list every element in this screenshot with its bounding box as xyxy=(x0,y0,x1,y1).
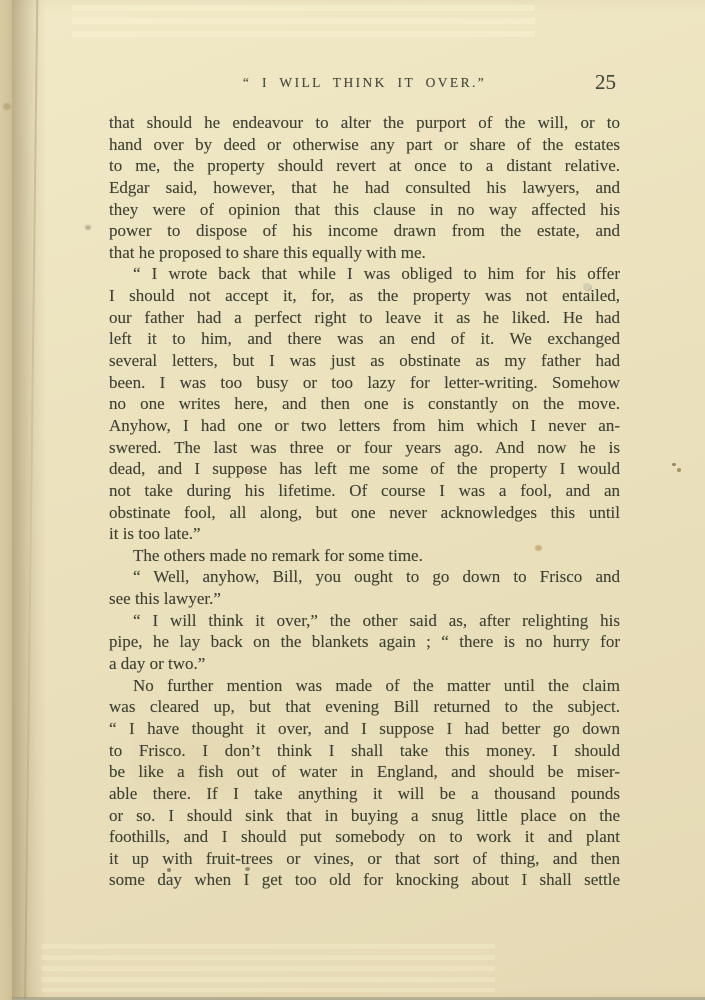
text-line: Edgar said, however, that he had consult… xyxy=(109,177,620,199)
text-line: it is too late.” xyxy=(109,523,620,545)
text-line: our father had a perfect right to leave … xyxy=(109,307,620,329)
text-line: a day or two.” xyxy=(109,653,620,675)
foxing-spot xyxy=(85,225,91,230)
text-line: able there. If I take anything it will b… xyxy=(109,783,620,805)
text-line: that he proposed to share this equally w… xyxy=(109,242,620,264)
text-line: pipe, he lay back on the blankets again … xyxy=(109,631,620,653)
foxing-spot xyxy=(3,103,11,110)
text-line: been. I was too busy or too lazy for let… xyxy=(109,372,620,394)
text-line: it up with fruit-trees or vines, or that… xyxy=(109,848,620,870)
foxing-spot xyxy=(672,463,676,466)
text-line: not take during his lifetime. Of course … xyxy=(109,480,620,502)
text-line: Anyhow, I had one or two letters from hi… xyxy=(109,415,620,437)
text-line: several letters, but I was just as obsti… xyxy=(109,350,620,372)
text-line: I should not accept it, for, as the prop… xyxy=(109,285,620,307)
text-line: to Frisco. I don’t think I shall take th… xyxy=(109,740,620,762)
page-number: 25 xyxy=(595,70,616,95)
text-line: “ I have thought it over, and I suppose … xyxy=(109,718,620,740)
text-line: foothills, and I should put somebody on … xyxy=(109,826,620,848)
book-page: “ I WILL THINK IT OVER.” 25 that should … xyxy=(12,0,705,1000)
text-line: No further mention was made of the matte… xyxy=(109,675,620,697)
scan-banding-top xyxy=(72,5,535,41)
text-line: dead, and I suppose has left me some of … xyxy=(109,458,620,480)
page-header: “ I WILL THINK IT OVER.” 25 xyxy=(109,71,620,97)
text-line: see this lawyer.” xyxy=(109,588,620,610)
text-line: “ I wrote back that while I was obliged … xyxy=(109,263,620,285)
scan-banding-bottom xyxy=(42,944,495,992)
foxing-spot xyxy=(245,867,250,871)
text-line: power to dispose of his income drawn fro… xyxy=(109,220,620,242)
foxing-spot xyxy=(535,545,542,551)
foxing-spot xyxy=(247,468,251,472)
text-line: left it to him, and there was an end of … xyxy=(109,328,620,350)
text-line: was cleared up, but that evening Bill re… xyxy=(109,696,620,718)
text-line: hand over by deed or otherwise any part … xyxy=(109,134,620,156)
running-head: “ I WILL THINK IT OVER.” xyxy=(109,71,620,91)
text-line: that should he endeavour to alter the pu… xyxy=(109,112,620,134)
text-line: to me, the property should revert at onc… xyxy=(109,155,620,177)
foxing-spot xyxy=(583,283,591,290)
scanned-book-page: “ I WILL THINK IT OVER.” 25 that should … xyxy=(0,0,705,1000)
gutter-shadow xyxy=(12,0,46,1000)
text-line: no one writes here, and then one is cons… xyxy=(109,393,620,415)
text-line: be like a fish out of water in England, … xyxy=(109,761,620,783)
foxing-spot xyxy=(167,868,171,872)
text-line: or so. I should sink that in buying a sn… xyxy=(109,805,620,827)
text-line: The others made no remark for some time. xyxy=(109,545,620,567)
page-text: that should he endeavour to alter the pu… xyxy=(109,112,620,891)
text-line: “ Well, anyhow, Bill, you ought to go do… xyxy=(109,566,620,588)
text-line: some day when I get too old for knocking… xyxy=(109,869,620,891)
text-line: obstinate fool, all along, but one never… xyxy=(109,502,620,524)
foxing-spot xyxy=(677,468,681,472)
text-line: they were of opinion that this clause in… xyxy=(109,199,620,221)
text-line: “ I will think it over,” the other said … xyxy=(109,610,620,632)
text-line: swered. The last was three or four years… xyxy=(109,437,620,459)
